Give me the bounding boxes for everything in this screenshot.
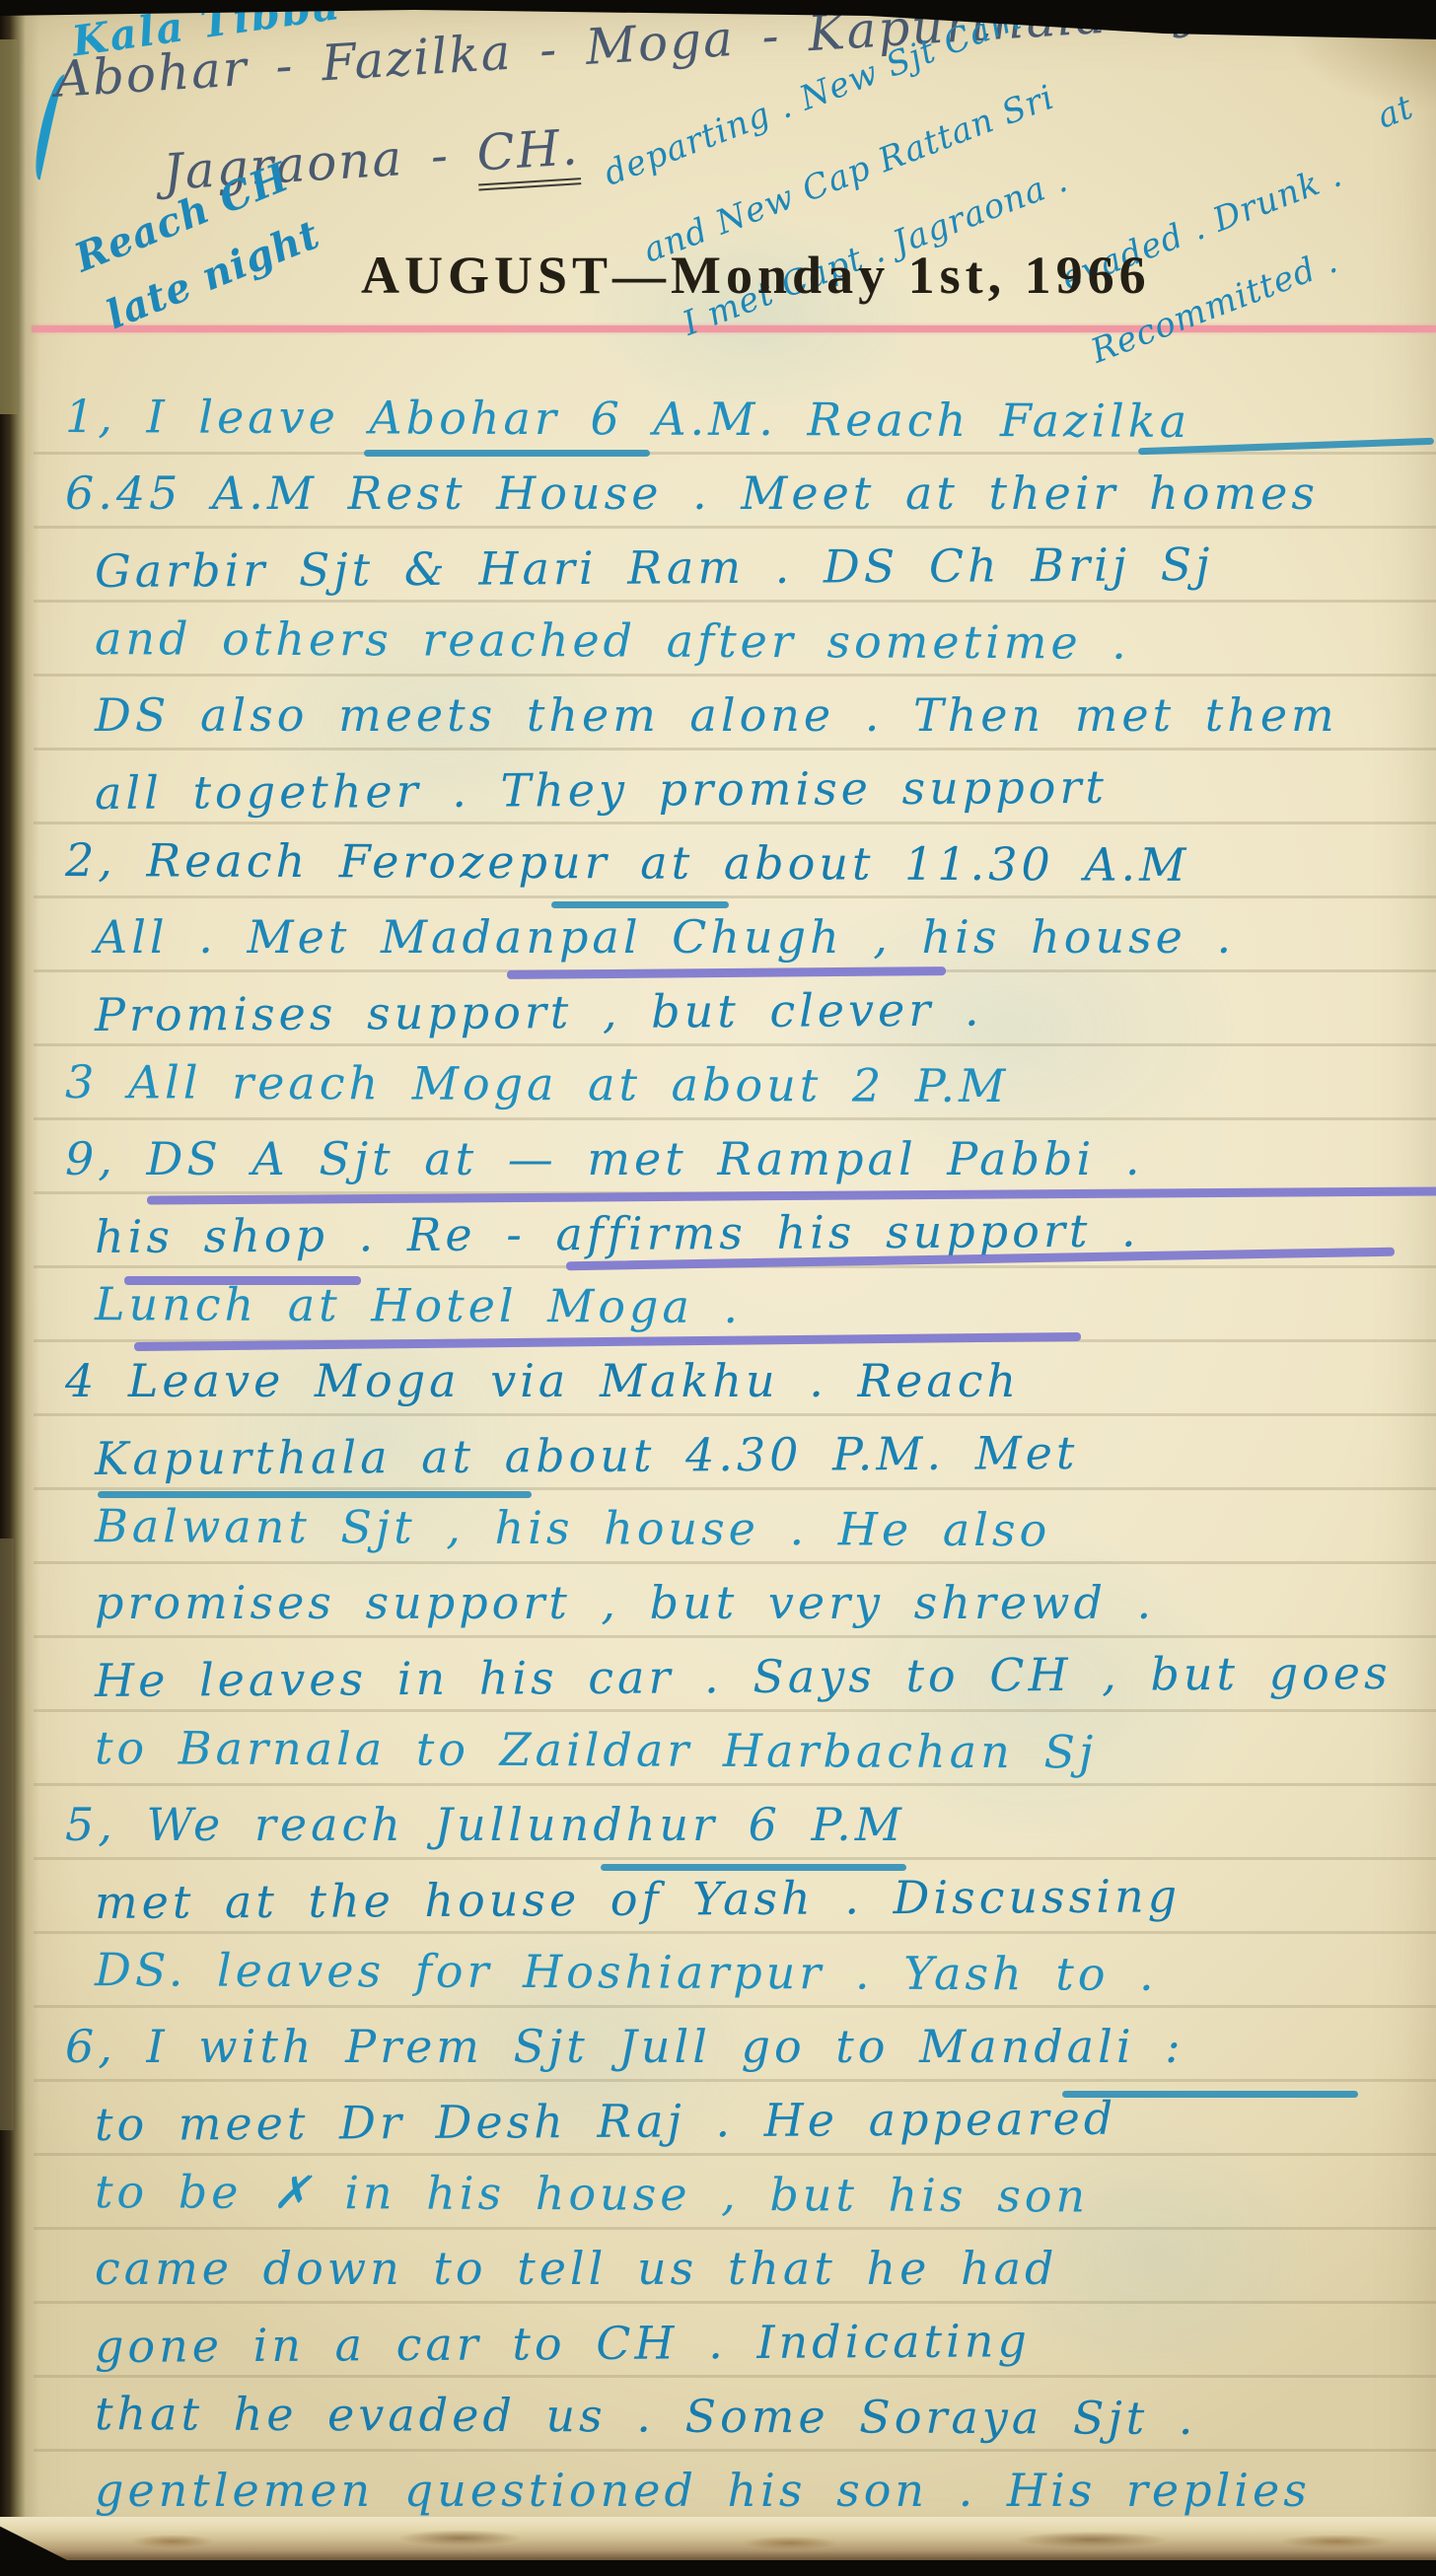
handwritten-line: Kapurthala at about 4.30 P.M. Met <box>65 1414 1430 1496</box>
handwritten-line: 5, We reach Jullundhur 6 P.M <box>65 1788 1430 1862</box>
diagonal-note-fragment: at <box>1372 87 1419 136</box>
handwritten-line: All . Met Madanpal Chugh , his house . <box>65 900 1430 974</box>
handwritten-line: Promises support , but clever . <box>65 970 1430 1052</box>
handwritten-line: that he evaded us . Some Soraya Sjt . <box>65 2377 1430 2457</box>
binding-cloth <box>0 1538 14 2130</box>
ink-underline-abohar <box>364 450 650 457</box>
handwritten-line: and others reached after sometime . <box>65 602 1430 681</box>
handwritten-line: 4 Leave Moga via Makhu . Reach <box>65 1344 1430 1418</box>
handwritten-line: to Barnala to Zaildar Harbachan Sj <box>65 1711 1430 1791</box>
scan-bottom-edge <box>0 2560 1436 2576</box>
route-note-ch-underlined: CH. <box>475 118 582 190</box>
ink-underline-mandali <box>1062 2091 1358 2098</box>
entry-lines: 1, I leave Abohar 6 A.M. Reach Fazilka6.… <box>65 383 1430 2528</box>
handwritten-line: Garbir Sjt & Hari Ram . DS Ch Brij Sj <box>65 527 1430 608</box>
handwritten-line: gone in a car to CH . Indicating <box>65 2302 1430 2384</box>
handwritten-line: 3 All reach Moga at about 2 P.M <box>65 1045 1430 1125</box>
handwritten-line: to be ✗ in his house , but his son <box>65 2155 1430 2235</box>
diary-page-scan: Kala Tibba Abohar - Fazilka - Moga - Kap… <box>0 0 1436 2576</box>
handwritten-line: promises support , but very shrewd . <box>65 1566 1430 1640</box>
binding-cloth <box>0 39 18 414</box>
handwritten-line: DS. leaves for Hoshiarpur . Yash to . <box>65 1933 1430 2013</box>
page-edge-stains <box>0 2525 1436 2558</box>
ink-underline-kapurthala <box>98 1491 532 1498</box>
handwritten-line: 9, DS A Sjt at — met Rampal Pabbi . <box>65 1122 1430 1196</box>
handwritten-line: all together . They promise support <box>65 749 1430 830</box>
paper-page: Kala Tibba Abohar - Fazilka - Moga - Kap… <box>14 8 1436 2560</box>
handwritten-line: came down to tell us that he had <box>65 2232 1430 2306</box>
handwritten-line: 2, Reach Ferozepur at about 11.30 A.M <box>65 823 1430 903</box>
handwritten-line: He leaves in his car . Says to CH , but … <box>65 1636 1430 1718</box>
handwritten-line: DS also meets them alone . Then met them <box>65 679 1430 752</box>
handwritten-line: 6.45 A.M Rest House . Meet at their home… <box>65 457 1430 531</box>
highlight-underline-his-shop <box>124 1276 361 1285</box>
handwritten-line: 6, I with Prem Sjt Jull go to Mandali : <box>65 2010 1430 2084</box>
ink-underline-jullundhur <box>601 1864 906 1871</box>
ink-underline-ferozepur <box>551 901 729 908</box>
handwritten-line: Balwant Sjt , his house . He also <box>65 1489 1430 1569</box>
printed-date-header: AUGUST—Monday 1st, 1966 <box>361 245 1151 306</box>
